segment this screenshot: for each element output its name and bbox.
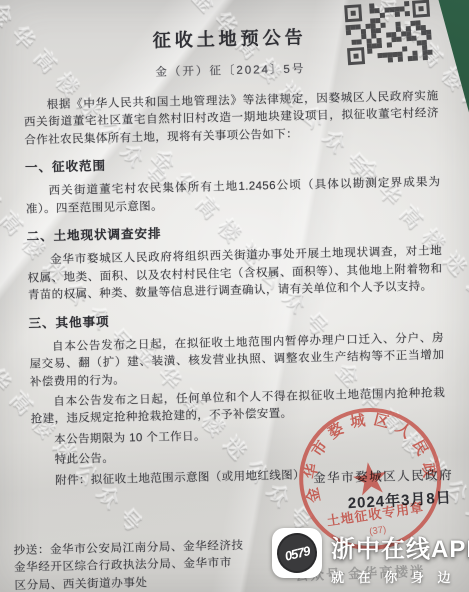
section-2-heading: 二、土地现状调查安排 [26, 218, 441, 246]
seal-center-text: 土地征收专用章 [326, 500, 425, 529]
section-2-paragraph: 金华市婺城区人民政府将组织西关街道办事处开展土地现状调查，对土地权属、地类、面积… [27, 243, 443, 305]
seal-star-icon: ★ [347, 452, 393, 506]
app-logo-icon: 0579 [272, 528, 322, 578]
app-name: 浙中在线APP [331, 529, 469, 564]
qr-code [344, 0, 433, 65]
app-promo-text: 浙中在线APP 就 在 你 身 边 [331, 528, 469, 586]
paper: 征收土地预公告 金（开）征〔2024〕5号 根据《中华人民共和国土地管理法》等法… [0, 0, 469, 592]
section-1-paragraph: 西关街道董宅村农民集体所有土地1.2456公顷（具体以勘测定界成果为准）。四至范… [25, 175, 441, 219]
section-1-heading: 一、征收范围 [25, 150, 440, 178]
app-promo-overlay: 0579 浙中在线APP 就 在 你 身 边 [272, 528, 469, 586]
document-photo: 金华高楼迷公众号 金华高楼迷公众号 金华高楼迷公众号 金华高楼迷公众号 金华高楼… [0, 0, 469, 592]
section-3-heading: 三、其他事项 [28, 305, 443, 333]
intro-paragraph: 根据《中华人民共和国土地管理法》等法律规定，因婺城区人民政府实施西关街道董宅社区… [23, 88, 439, 150]
app-logo-0579: 0579 [273, 529, 321, 577]
app-slogan: 就 在 你 身 边 [331, 567, 469, 586]
section-3-paragraph: 自本公告发布之日起，在拟征收土地范围内暂停办理户口迁入、分户、房屋交易、翻（扩）… [29, 330, 445, 392]
